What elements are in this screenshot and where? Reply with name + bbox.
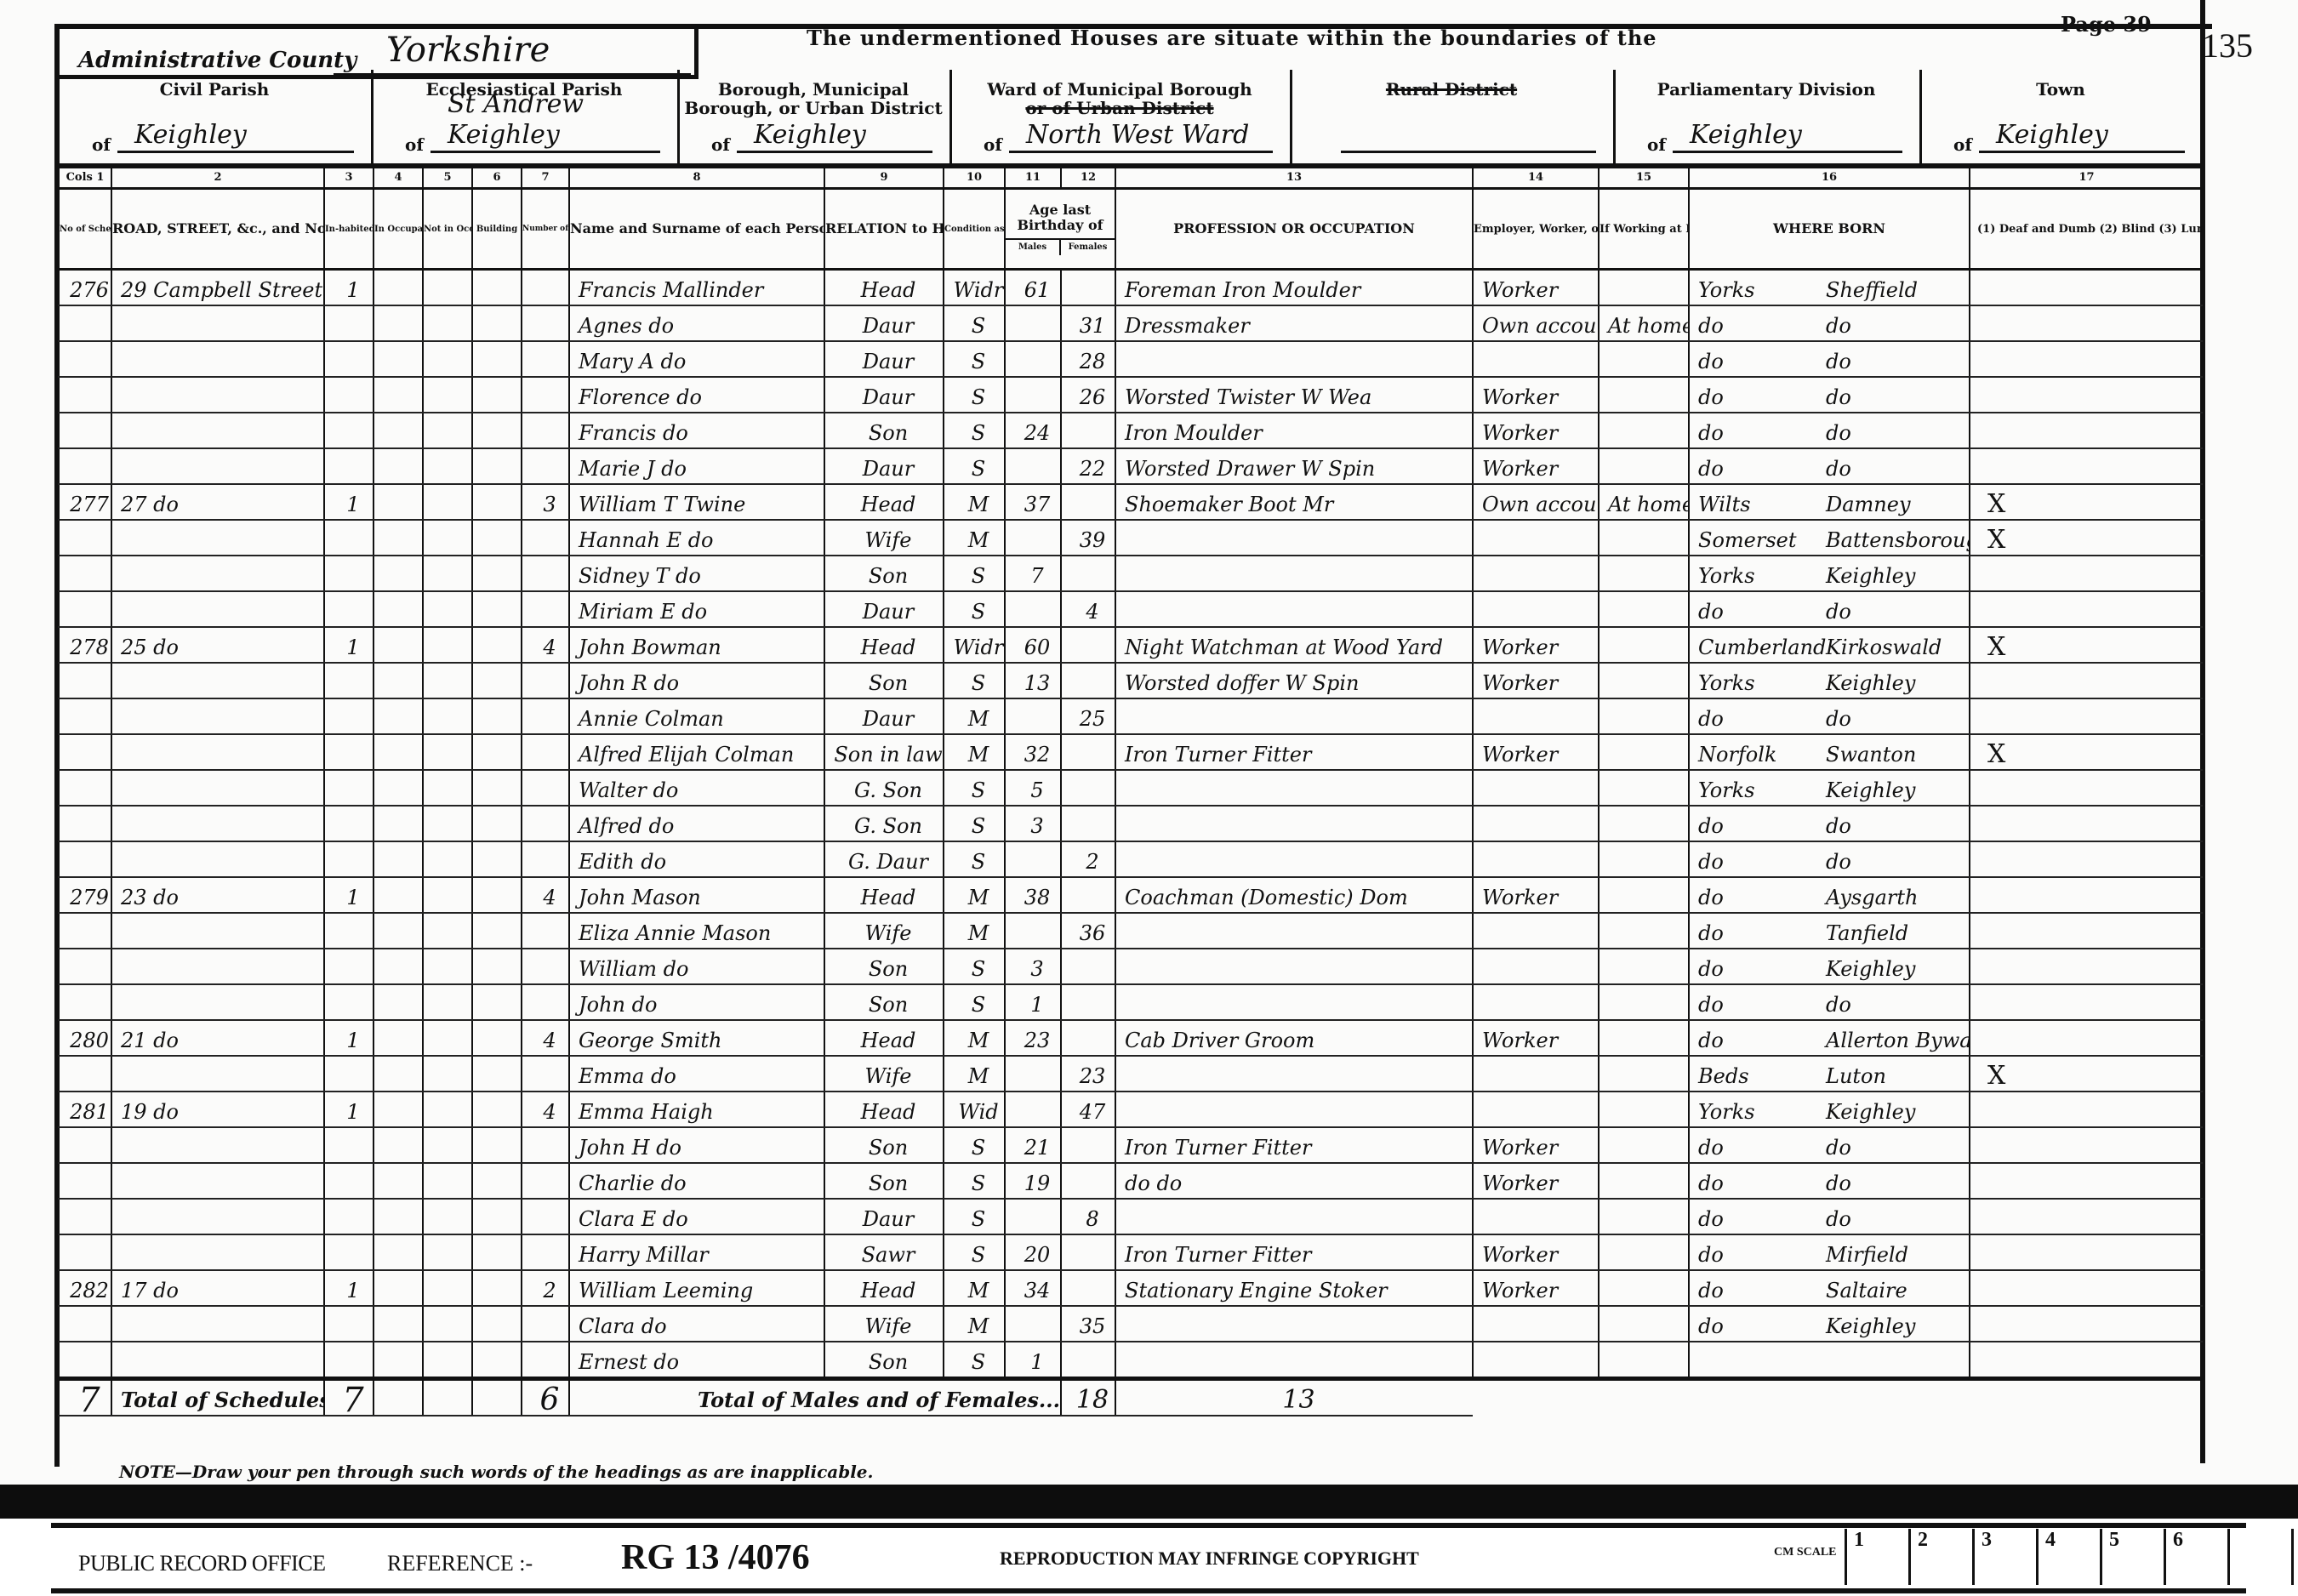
birthplace: WiltsDamney: [1689, 484, 1970, 520]
schedule-number: [59, 806, 111, 841]
census-row: Harry MillarSawrS20Iron Turner FitterWor…: [59, 1234, 2203, 1270]
inhabited-count: [324, 1342, 373, 1379]
rooms-count: [522, 698, 569, 734]
schedule-number: 277: [59, 484, 111, 520]
rooms-count: [522, 913, 569, 949]
working-at-home: [1599, 1092, 1689, 1127]
birth-county: do: [1698, 419, 1826, 447]
person-name: Clara E do: [569, 1199, 824, 1234]
uninhabited-not-in-occupation: [423, 341, 472, 377]
relation-to-head: Head: [824, 1270, 944, 1306]
schedule-number: [59, 377, 111, 413]
uninhabited-in-occupation: [373, 663, 423, 698]
marital-condition: S: [944, 413, 1005, 448]
rooms-count: [522, 1056, 569, 1092]
female-age: 25: [1061, 698, 1115, 734]
marital-condition: M: [944, 698, 1005, 734]
marital-condition: S: [944, 556, 1005, 591]
employment-status: Worker: [1473, 1127, 1599, 1163]
road-address: [111, 591, 324, 627]
rooms-count: [522, 1306, 569, 1342]
infirmity-mark: [1970, 841, 2203, 877]
birthplace: dodo: [1689, 698, 1970, 734]
uninhabited-in-occupation: [373, 1056, 423, 1092]
infirmity-mark: [1970, 270, 2203, 306]
female-age: [1061, 1020, 1115, 1056]
marital-condition: S: [944, 448, 1005, 484]
birth-place: do: [1826, 707, 1851, 731]
marital-condition: S: [944, 305, 1005, 341]
working-at-home: [1599, 270, 1689, 306]
cm-scale: 1 2 3 4 5 6: [1845, 1529, 2294, 1585]
birth-county: do: [1698, 1240, 1826, 1269]
scale-mark: 1: [1845, 1529, 1908, 1585]
male-age: [1005, 698, 1061, 734]
building: [472, 1234, 522, 1270]
uninhabited-in-occupation: [373, 1163, 423, 1199]
building: [472, 556, 522, 591]
person-name: Florence do: [569, 377, 824, 413]
road-address: 23 do: [111, 877, 324, 913]
census-row: Edith doG. DaurS2dodo: [59, 841, 2203, 877]
inhabited-count: [324, 448, 373, 484]
inhabited-count: [324, 1127, 373, 1163]
infirmity-mark: [1970, 1092, 2203, 1127]
uninhabited-in-occupation: [373, 877, 423, 913]
marital-condition: M: [944, 484, 1005, 520]
header-females: Females: [1061, 240, 1115, 255]
total-schedules-label: Total of Schedules of Houses and of Tene…: [111, 1379, 324, 1416]
birth-county: Cumberland: [1698, 633, 1826, 662]
male-age: 13: [1005, 663, 1061, 698]
birth-place: do: [1826, 385, 1851, 409]
birth-county: Yorks: [1698, 276, 1826, 305]
col-number: Cols 1: [59, 167, 111, 189]
film-edge-band: [0, 1485, 2298, 1519]
birthplace: NorfolkSwanton: [1689, 734, 1970, 770]
working-at-home: [1599, 627, 1689, 663]
infirmity-mark: [1970, 806, 2203, 841]
marital-condition: M: [944, 734, 1005, 770]
female-age: [1061, 663, 1115, 698]
person-name: Alfred do: [569, 806, 824, 841]
working-at-home: [1599, 1199, 1689, 1234]
inhabited-count: 1: [324, 484, 373, 520]
rooms-count: [522, 591, 569, 627]
header-age-label: Age last Birthday of: [1006, 202, 1115, 233]
rooms-count: [522, 1127, 569, 1163]
schedule-number: [59, 734, 111, 770]
marital-condition: S: [944, 841, 1005, 877]
inhabited-count: [324, 841, 373, 877]
birth-county: do: [1698, 883, 1826, 912]
uninhabited-not-in-occupation: [423, 520, 472, 556]
male-age: 7: [1005, 556, 1061, 591]
header-males: Males: [1006, 240, 1061, 255]
uninhabited-in-occupation: [373, 698, 423, 734]
rooms-count: 4: [522, 627, 569, 663]
working-at-home: [1599, 698, 1689, 734]
person-name: Alfred Elijah Colman: [569, 734, 824, 770]
census-row: William doSonS3doKeighley: [59, 949, 2203, 984]
employment-status: [1473, 341, 1599, 377]
female-age: 28: [1061, 341, 1115, 377]
infirmity-mark: X: [1970, 484, 2203, 520]
schedule-number: [59, 413, 111, 448]
female-age: [1061, 806, 1115, 841]
uninhabited-in-occupation: [373, 591, 423, 627]
col-number: 14: [1473, 167, 1599, 189]
female-age: 23: [1061, 1056, 1115, 1092]
infirmity-mark: [1970, 556, 2203, 591]
inhabited-count: [324, 1056, 373, 1092]
employment-status: [1473, 1092, 1599, 1127]
birthplace: YorksKeighley: [1689, 1092, 1970, 1127]
person-name: Edith do: [569, 841, 824, 877]
rooms-count: [522, 806, 569, 841]
person-name: Emma do: [569, 1056, 824, 1092]
relation-to-head: Son: [824, 949, 944, 984]
district-value: St Andrew Keighley: [431, 89, 660, 153]
employment-status: Worker: [1473, 1270, 1599, 1306]
birth-county: do: [1698, 311, 1826, 340]
relation-to-head: Head: [824, 1092, 944, 1127]
birth-place: do: [1826, 1207, 1851, 1231]
relation-to-head: G. Daur: [824, 841, 944, 877]
employment-status: Worker: [1473, 1234, 1599, 1270]
road-address: [111, 1342, 324, 1379]
census-table: Cols 1 2 3 4 5 6 7 8 9 10 11 12 13 14 15…: [58, 167, 2202, 1416]
person-name: Marie J do: [569, 448, 824, 484]
road-address: [111, 413, 324, 448]
road-address: [111, 305, 324, 341]
census-row: 27727 do13William T TwineHeadM37Shoemake…: [59, 484, 2203, 520]
census-row: Agnes doDaurS31DressmakerOwn accountAt h…: [59, 305, 2203, 341]
relation-to-head: Head: [824, 627, 944, 663]
person-name: John Bowman: [569, 627, 824, 663]
employment-status: [1473, 1056, 1599, 1092]
uninhabited-not-in-occupation: [423, 984, 472, 1020]
inhabited-count: [324, 1234, 373, 1270]
header-rooms: Number of Rooms occupied if less than fi…: [522, 189, 569, 270]
census-rows: 27629 Campbell Street1Francis MallinderH…: [59, 270, 2203, 1379]
birth-county: do: [1698, 1133, 1826, 1162]
birth-place: Sheffield: [1826, 278, 1918, 302]
employment-status: [1473, 949, 1599, 984]
birth-place: Saltaire: [1826, 1279, 1907, 1302]
employment-status: Own account: [1473, 484, 1599, 520]
total-empty: [373, 1379, 423, 1416]
person-name: Francis Mallinder: [569, 270, 824, 306]
female-age: [1061, 270, 1115, 306]
employment-status: [1473, 1306, 1599, 1342]
uninhabited-not-in-occupation: [423, 806, 472, 841]
employment-status: Worker: [1473, 663, 1599, 698]
female-age: 36: [1061, 913, 1115, 949]
working-at-home: [1599, 1234, 1689, 1270]
total-males-females-label: Total of Males and of Females...: [569, 1379, 1061, 1416]
birthplace: YorksKeighley: [1689, 770, 1970, 806]
road-address: [111, 698, 324, 734]
female-age: 22: [1061, 448, 1115, 484]
census-row: Ernest doSonS1: [59, 1342, 2203, 1379]
header-age: Age last Birthday of Males Females: [1005, 189, 1115, 270]
birthplace: dodo: [1689, 341, 1970, 377]
uninhabited-in-occupation: [373, 1270, 423, 1306]
schedule-number: 281: [59, 1092, 111, 1127]
schedule-number: 276: [59, 270, 111, 306]
schedule-number: [59, 770, 111, 806]
male-age: 1: [1005, 984, 1061, 1020]
scale-mark: 2: [1908, 1529, 1972, 1585]
birthplace: doKeighley: [1689, 949, 1970, 984]
working-at-home: [1599, 663, 1689, 698]
uninhabited-in-occupation: [373, 484, 423, 520]
uninhabited-in-occupation: [373, 270, 423, 306]
employment-status: [1473, 841, 1599, 877]
birthplace: CumberlandKirkoswald: [1689, 627, 1970, 663]
birth-place: Keighley: [1826, 564, 1915, 588]
birth-county: Norfolk: [1698, 740, 1826, 769]
working-at-home: [1599, 341, 1689, 377]
header-schedule: No of Schedule: [59, 189, 111, 270]
working-at-home: At home: [1599, 305, 1689, 341]
rooms-count: [522, 556, 569, 591]
census-row: Miriam E doDaurS4dodo: [59, 591, 2203, 627]
male-age: 61: [1005, 270, 1061, 306]
occupation: Foreman Iron Moulder: [1115, 270, 1473, 306]
building: [472, 1020, 522, 1056]
marital-condition: S: [944, 663, 1005, 698]
employment-status: [1473, 913, 1599, 949]
district-parliamentary: Parliamentary Division of Keighley: [1613, 70, 1922, 163]
census-row: Alfred doG. SonS3dodo: [59, 806, 2203, 841]
district-value: Keighley: [117, 120, 354, 153]
of-label: of: [1953, 134, 1972, 155]
person-name: Clara do: [569, 1306, 824, 1342]
building: [472, 877, 522, 913]
birth-county: Somerset: [1698, 526, 1826, 555]
rooms-count: [522, 520, 569, 556]
male-age: 1: [1005, 1342, 1061, 1379]
inhabited-count: [324, 698, 373, 734]
birthplace: dodo: [1689, 305, 1970, 341]
district-struck: or of Urban District: [1025, 98, 1213, 118]
birth-county: do: [1698, 704, 1826, 733]
road-address: [111, 1163, 324, 1199]
occupation: Iron Turner Fitter: [1115, 734, 1473, 770]
working-at-home: [1599, 377, 1689, 413]
marital-condition: S: [944, 1342, 1005, 1379]
district-civil-parish: Civil Parish of Keighley: [58, 70, 373, 163]
uninhabited-in-occupation: [373, 770, 423, 806]
person-name: Emma Haigh: [569, 1092, 824, 1127]
uninhabited-in-occupation: [373, 1020, 423, 1056]
occupation: Dressmaker: [1115, 305, 1473, 341]
female-age: [1061, 949, 1115, 984]
birth-place: Allerton Bywater: [1826, 1029, 1970, 1052]
working-at-home: [1599, 841, 1689, 877]
schedule-number: 279: [59, 877, 111, 913]
relation-to-head: G. Son: [824, 806, 944, 841]
total-empty: [423, 1379, 472, 1416]
birthplace: YorksSheffield: [1689, 270, 1970, 306]
uninhabited-not-in-occupation: [423, 1092, 472, 1127]
relation-to-head: Son: [824, 1163, 944, 1199]
scale-mark: 3: [1972, 1529, 2036, 1585]
folio-number: 135: [2202, 26, 2253, 66]
birthplace: dodo: [1689, 1199, 1970, 1234]
census-row: 28021 do14George SmithHeadM23Cab Driver …: [59, 1020, 2203, 1056]
road-address: [111, 520, 324, 556]
inhabited-count: [324, 913, 373, 949]
birthplace: dodo: [1689, 377, 1970, 413]
birth-place: do: [1826, 1136, 1851, 1160]
birth-county: do: [1698, 990, 1826, 1019]
female-age: [1061, 770, 1115, 806]
relation-to-head: Daur: [824, 1199, 944, 1234]
schedule-number: [59, 448, 111, 484]
female-age: [1061, 984, 1115, 1020]
person-name: Eliza Annie Mason: [569, 913, 824, 949]
inhabited-count: 1: [324, 627, 373, 663]
road-address: [111, 556, 324, 591]
employment-status: [1473, 770, 1599, 806]
inhabited-count: [324, 591, 373, 627]
uninhabited-in-occupation: [373, 1234, 423, 1270]
working-at-home: [1599, 556, 1689, 591]
birth-place: Tanfield: [1826, 921, 1908, 945]
schedule-number: [59, 1234, 111, 1270]
person-name: John do: [569, 984, 824, 1020]
rooms-count: [522, 1234, 569, 1270]
person-name: John R do: [569, 663, 824, 698]
rooms-count: 3: [522, 484, 569, 520]
district-value: Keighley: [737, 120, 932, 153]
road-address: 29 Campbell Street: [111, 270, 324, 306]
infirmity-mark: [1970, 877, 2203, 913]
building: [472, 841, 522, 877]
of-label: of: [1647, 134, 1666, 155]
marital-condition: S: [944, 1127, 1005, 1163]
working-at-home: [1599, 984, 1689, 1020]
building: [472, 913, 522, 949]
occupation: Iron Turner Fitter: [1115, 1234, 1473, 1270]
building: [472, 1270, 522, 1306]
employment-status: [1473, 556, 1599, 591]
district-town: Town of Keighley: [1919, 70, 2202, 163]
road-address: [111, 1127, 324, 1163]
birthplace: SomersetBattensborough: [1689, 520, 1970, 556]
employment-status: Worker: [1473, 627, 1599, 663]
male-age: 3: [1005, 949, 1061, 984]
schedule-number: [59, 556, 111, 591]
schedule-number: 282: [59, 1270, 111, 1306]
census-row: 27923 do14John MasonHeadM38Coachman (Dom…: [59, 877, 2203, 913]
birth-county: do: [1698, 1026, 1826, 1055]
male-age: [1005, 305, 1061, 341]
census-row: Hannah E doWifeM39SomersetBattensborough…: [59, 520, 2203, 556]
female-age: 2: [1061, 841, 1115, 877]
birth-place: Swanton: [1826, 743, 1916, 767]
uninhabited-in-occupation: [373, 341, 423, 377]
road-address: [111, 734, 324, 770]
district-struck: Rural District: [1386, 79, 1517, 100]
header-not-in-occupation: Not in Occupa-tion: [423, 189, 472, 270]
marital-condition: S: [944, 1199, 1005, 1234]
marital-condition: S: [944, 591, 1005, 627]
reference-label: REFERENCE :-: [387, 1551, 533, 1576]
census-row: 28217 do12William LeemingHeadM34Stationa…: [59, 1270, 2203, 1306]
census-row: Clara doWifeM35doKeighley: [59, 1306, 2203, 1342]
birth-place: Keighley: [1826, 671, 1915, 695]
road-address: [111, 663, 324, 698]
working-at-home: At home: [1599, 484, 1689, 520]
uninhabited-not-in-occupation: [423, 1342, 472, 1379]
road-address: 21 do: [111, 1020, 324, 1056]
female-age: 47: [1061, 1092, 1115, 1127]
birth-place: Keighley: [1826, 1100, 1915, 1124]
person-name: William Leeming: [569, 1270, 824, 1306]
archive-office: PUBLIC RECORD OFFICE: [78, 1551, 326, 1576]
rooms-count: [522, 1199, 569, 1234]
schedule-number: [59, 913, 111, 949]
building: [472, 1342, 522, 1379]
inhabited-count: [324, 806, 373, 841]
total-empty: [1473, 1379, 2203, 1416]
female-age: 4: [1061, 591, 1115, 627]
rooms-count: [522, 270, 569, 306]
uninhabited-not-in-occupation: [423, 1163, 472, 1199]
uninhabited-in-occupation: [373, 448, 423, 484]
instruction-note: NOTE—Draw your pen through such words of…: [119, 1462, 874, 1482]
header-at-home: If Working at Home: [1599, 189, 1689, 270]
infirmity-mark: [1970, 1270, 2203, 1306]
birth-place: Mirfield: [1826, 1243, 1908, 1267]
uninhabited-not-in-occupation: [423, 877, 472, 913]
uninhabited-not-in-occupation: [423, 1199, 472, 1234]
inhabited-count: [324, 341, 373, 377]
inhabited-count: [324, 949, 373, 984]
relation-to-head: Head: [824, 877, 944, 913]
working-at-home: [1599, 913, 1689, 949]
header-in-occupation: In Occupa-tion: [373, 189, 423, 270]
birthplace: dodo: [1689, 984, 1970, 1020]
of-label: of: [984, 134, 1002, 155]
birth-county: do: [1698, 955, 1826, 983]
census-row: Sidney T doSonS7YorksKeighley: [59, 556, 2203, 591]
uninhabited-not-in-occupation: [423, 770, 472, 806]
birthplace: dodo: [1689, 413, 1970, 448]
occupation: [1115, 949, 1473, 984]
page-label: Page: [2061, 12, 2116, 37]
uninhabited-in-occupation: [373, 1199, 423, 1234]
male-age: [1005, 1092, 1061, 1127]
schedule-number: [59, 984, 111, 1020]
building: [472, 591, 522, 627]
rooms-count: [522, 734, 569, 770]
employment-status: Own account: [1473, 305, 1599, 341]
male-age: [1005, 377, 1061, 413]
district-value: Keighley: [1673, 120, 1902, 153]
uninhabited-not-in-occupation: [423, 627, 472, 663]
district-ecclesiastical-parish: Ecclesiastical Parish of St Andrew Keigh…: [371, 70, 680, 163]
district-ward: Ward of Municipal Borough or of Urban Di…: [949, 70, 1292, 163]
census-row: 27825 do14John BowmanHeadWidr60Night Wat…: [59, 627, 2203, 663]
uninhabited-in-occupation: [373, 913, 423, 949]
birth-place: do: [1826, 814, 1851, 838]
birthplace: doAllerton Bywater: [1689, 1020, 1970, 1056]
